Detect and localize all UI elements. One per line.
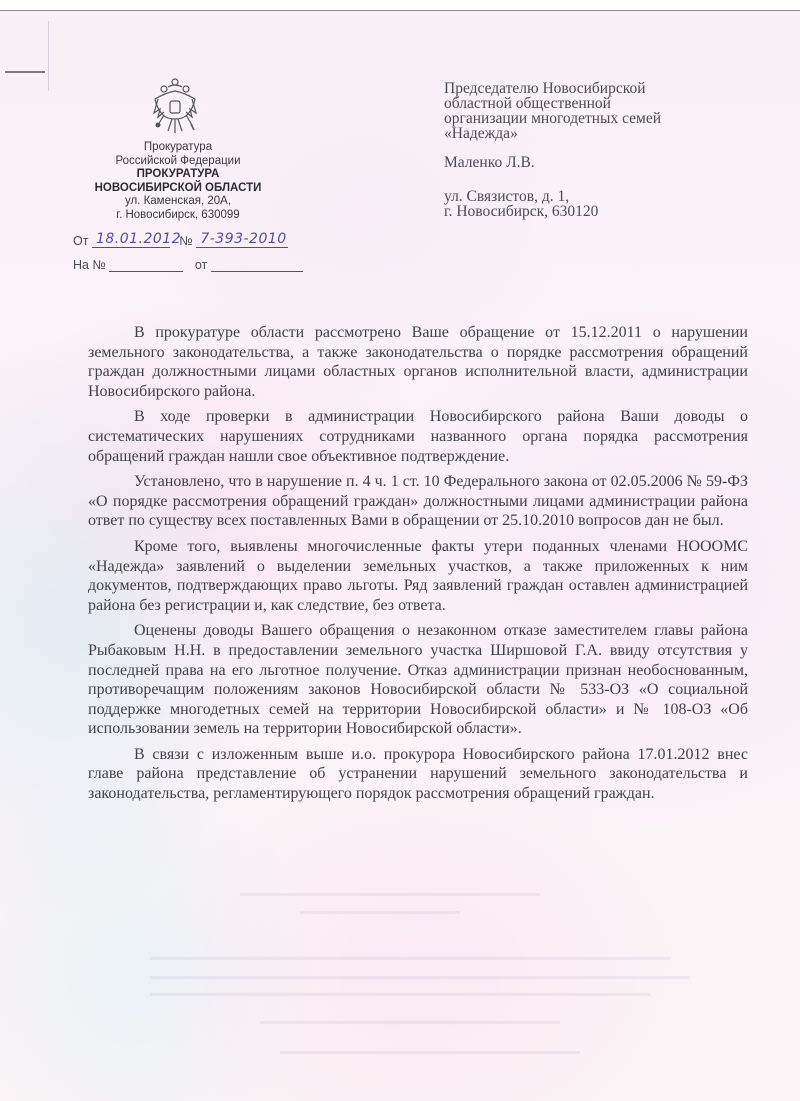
addressee-street: ул. Связистов, д. 1, xyxy=(444,189,744,204)
show-through-mark xyxy=(280,1051,580,1054)
reply-to-label: На № xyxy=(73,258,106,272)
addressee-name: Маленко Л.В. xyxy=(444,155,744,170)
number-field: 7-393-2010 xyxy=(196,232,288,248)
reply-date-field xyxy=(211,256,303,272)
addressee-line: организации многодетных семей xyxy=(444,111,744,126)
body-paragraph: В прокуратуре области рассмотрено Ваше о… xyxy=(88,323,748,401)
letterhead-address-city: г. Новосибирск, 630099 xyxy=(86,209,270,223)
body-paragraph: В ходе проверки в администрации Новосиби… xyxy=(88,407,748,466)
from-date-handwritten: 18.01.2012 xyxy=(96,231,181,247)
show-through-mark xyxy=(260,1021,560,1024)
scan-fold-line xyxy=(48,21,49,91)
letter-body: В прокуратуре области рассмотрено Ваше о… xyxy=(88,323,748,810)
reply-date-label: от xyxy=(195,258,207,272)
russian-coat-of-arms-icon xyxy=(150,77,200,137)
addressee-block: Председателю Новосибирской областной общ… xyxy=(444,81,744,219)
outgoing-reference-row: От 18.01.2012 № 7-393-2010 xyxy=(73,232,288,248)
number-label: № xyxy=(179,234,192,248)
show-through-mark xyxy=(150,957,670,960)
letterhead-line: Российской Федерации xyxy=(86,155,270,169)
addressee-line: Председателю Новосибирской xyxy=(444,81,744,96)
letterhead-org-title: ПРОКУРАТУРА xyxy=(86,168,270,182)
scan-edge-mark xyxy=(5,71,45,73)
show-through-mark xyxy=(150,976,690,979)
addressee-city: г. Новосибирск, 630120 xyxy=(444,204,744,219)
letterhead: Прокуратура Российской Федерации ПРОКУРА… xyxy=(86,141,270,222)
show-through-mark xyxy=(300,911,460,914)
show-through-mark xyxy=(240,893,540,896)
from-date-field: 18.01.2012 xyxy=(92,232,170,248)
incoming-reference-row: На № от xyxy=(73,256,303,272)
from-label: От xyxy=(73,234,88,248)
body-paragraph: Оценены доводы Вашего обращения о незако… xyxy=(88,621,748,739)
body-paragraph: В связи с изложенным выше и.о. прокурора… xyxy=(88,745,748,804)
body-paragraph: Кроме того, выявлены многочисленные факт… xyxy=(88,537,748,615)
addressee-org-name: «Надежда» xyxy=(444,126,744,141)
number-handwritten: 7-393-2010 xyxy=(200,231,286,247)
body-paragraph: Установлено, что в нарушение п. 4 ч. 1 с… xyxy=(88,472,748,531)
show-through-mark xyxy=(150,993,650,996)
letterhead-address-street: ул. Каменская, 20А, xyxy=(86,195,270,209)
scanned-letter-page: Прокуратура Российской Федерации ПРОКУРА… xyxy=(0,10,800,1101)
addressee-line: областной общественной xyxy=(444,96,744,111)
letterhead-org-region: НОВОСИБИРСКОЙ ОБЛАСТИ xyxy=(86,182,270,196)
letterhead-line: Прокуратура xyxy=(86,141,270,155)
reply-to-field xyxy=(109,256,183,272)
